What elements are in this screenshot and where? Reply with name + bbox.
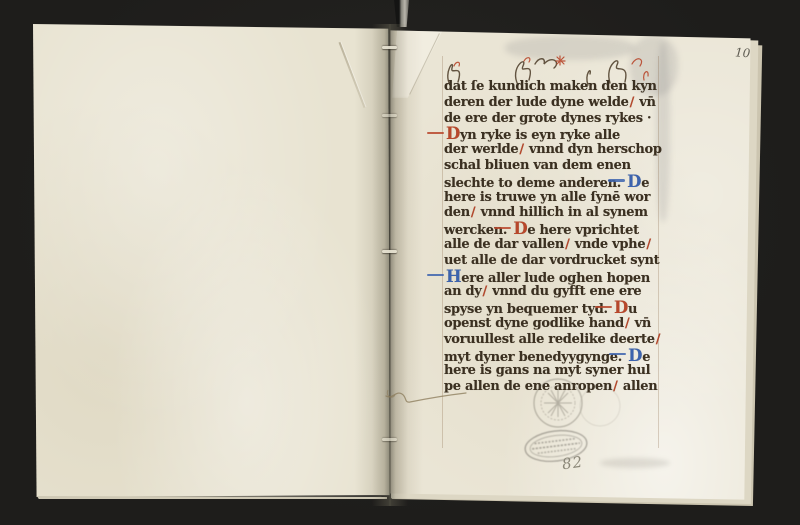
text-segment: dat ſe kundich maken den kyn: [444, 79, 657, 94]
text-segment: de ere der grote dynes rykes ·: [444, 111, 651, 126]
manuscript-line: Here aller lude oghen hopen: [444, 269, 670, 285]
right-page: dat ſe kundich maken den kynderen der lu…: [390, 28, 756, 502]
text-segment: an dy: [444, 284, 482, 299]
illuminated-initial: D: [625, 172, 641, 191]
spine-headband: [392, 0, 409, 27]
text-segment: deren der lude dyne welde: [444, 95, 629, 110]
shelf-number: 82: [561, 453, 584, 474]
text-segment: vnde vphe: [571, 237, 646, 252]
text-segment: myt dyner benedyygynge.: [444, 350, 626, 365]
text-segment: here is truwe yn alle ſynē wor: [444, 190, 650, 205]
manuscript-line: wercken. De here vprichtet: [444, 221, 670, 237]
text-segment: ere aller lude oghen hopen: [461, 271, 650, 286]
text-segment: vn̄: [630, 316, 651, 331]
text-segment: schal bliuen van dem enen: [444, 158, 631, 173]
manuscript-line: den/ vnnd hillich in al synem: [444, 205, 670, 221]
illuminated-initial: H: [444, 267, 461, 286]
page-bottom-edge: [37, 496, 387, 499]
parchment-crease: [339, 42, 366, 108]
manuscript-text-block: dat ſe kundich maken den kynderen der lu…: [444, 79, 670, 395]
manuscript-line: deren der lude dyne welde/ vn̄: [444, 95, 670, 111]
text-segment: e here vprichtet: [527, 223, 638, 238]
text-segment: /: [655, 332, 661, 347]
text-segment: der werlde: [444, 142, 518, 157]
text-segment: wercken.: [444, 223, 511, 238]
illuminated-initial: D: [511, 219, 527, 238]
text-segment: slechte to deme anderen.: [444, 176, 625, 191]
text-segment: e: [641, 176, 649, 191]
manuscript-line: Dyn ryke is eyn ryke alle: [444, 126, 670, 142]
left-page-blank: [33, 24, 390, 497]
text-segment: den: [444, 205, 470, 220]
manuscript-line: an dy/ vnnd du gyfft ene ere: [444, 284, 670, 300]
manuscript-line: myt dyner benedyygynge. De: [444, 348, 670, 364]
manuscript-line: alle de dar vallen/ vnde vphe/: [444, 237, 670, 253]
manuscript-line: de ere der grote dynes rykes ·: [444, 111, 670, 127]
text-segment: uet alle de dar vordrucket synt: [444, 253, 659, 268]
manuscript-line: spyse yn bequemer tyd. Du: [444, 300, 670, 316]
manuscript-line: here is truwe yn alle ſynē wor: [444, 190, 670, 206]
text-segment: openst dyne godlike hand: [444, 316, 624, 331]
manuscript-line: dat ſe kundich maken den kyn: [444, 79, 670, 95]
text-segment: spyse yn bequemer tyd.: [444, 302, 612, 317]
text-segment: vn̄: [635, 95, 656, 110]
text-segment: voruullest alle redelike deerte: [444, 332, 655, 347]
illuminated-initial: D: [612, 298, 628, 317]
text-segment: /: [645, 237, 651, 252]
ruling-line: [442, 56, 443, 448]
text-segment: yn ryke is eyn ryke alle: [460, 128, 620, 143]
manuscript-line: der werlde/ vnnd dyn herschop: [444, 142, 670, 158]
text-segment: alle de dar vallen: [444, 237, 564, 252]
text-segment: u: [628, 302, 637, 317]
illuminated-initial: D: [444, 124, 460, 143]
erased-pencil-smudge: [600, 458, 670, 468]
manuscript-photo: dat ſe kundich maken den kynderen der lu…: [0, 0, 800, 525]
text-segment: vnnd hillich in al synem: [476, 205, 647, 220]
text-segment: vnnd dyn herschop: [525, 142, 662, 157]
manuscript-line: slechte to deme anderen. De: [444, 174, 670, 190]
illuminated-initial: D: [626, 346, 642, 365]
manuscript-line: uet alle de dar vordrucket synt: [444, 253, 670, 269]
manuscript-line: openst dyne godlike hand/ vn̄: [444, 316, 670, 332]
text-segment: e: [642, 350, 650, 365]
